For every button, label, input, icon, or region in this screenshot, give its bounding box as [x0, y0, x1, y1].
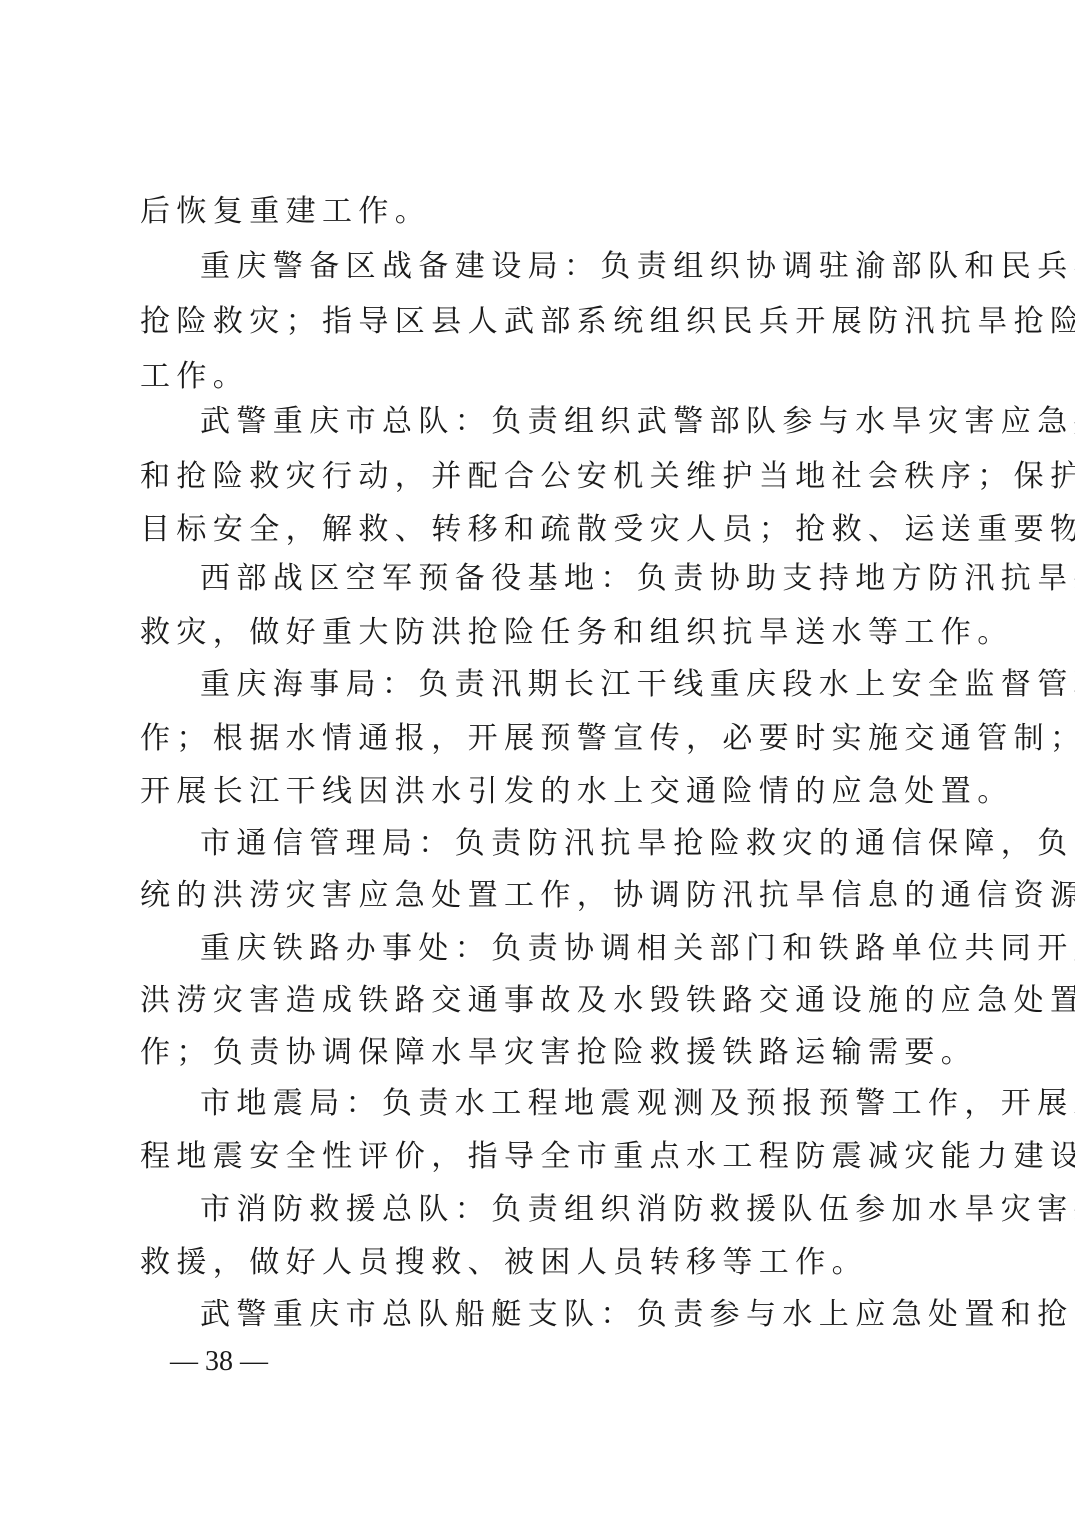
text-line: 和抢险救灾行动，并配合公安机关维护当地社会秩序；保护重要: [140, 450, 940, 504]
text-line: 程地震安全性评价，指导全市重点水工程防震减灾能力建设。: [140, 1130, 940, 1184]
paragraph-start-line: 西部战区空军预备役基地：负责协助支持地方防汛抗旱抢险: [200, 552, 940, 606]
paragraph-start-line: 市通信管理局：负责防汛抗旱抢险救灾的通信保障，负责本系: [200, 817, 940, 871]
text-line: 后恢复重建工作。: [140, 185, 940, 239]
text-line: 作；负责协调保障水旱灾害抢险救援铁路运输需要。: [140, 1026, 940, 1080]
text-line: 统的洪涝灾害应急处置工作，协调防汛抗旱信息的通信资源调度。: [140, 869, 940, 923]
paragraph-start-line: 重庆铁路办事处：负责协调相关部门和铁路单位共同开展因: [200, 922, 940, 976]
page-number: — 38 —: [170, 1342, 268, 1382]
paragraph-start-line: 重庆警备区战备建设局：负责组织协调驻渝部队和民兵参加: [200, 240, 940, 294]
text-line: 抢险救灾；指导区县人武部系统组织民兵开展防汛抗旱抢险救援: [140, 295, 940, 349]
text-line: 开展长江干线因洪水引发的水上交通险情的应急处置。: [140, 765, 940, 819]
paragraph-start-line: 市消防救援总队：负责组织消防救援队伍参加水旱灾害抢险: [200, 1183, 940, 1237]
document-page: 后恢复重建工作。 重庆警备区战备建设局：负责组织协调驻渝部队和民兵参加 抢险救灾…: [0, 0, 1075, 1521]
paragraph-start-line: 武警重庆市总队：负责组织武警部队参与水旱灾害应急处置: [200, 395, 940, 449]
text-line: 目标安全，解救、转移和疏散受灾人员；抢救、运送重要物资。: [140, 503, 940, 557]
text-line: 救援，做好人员搜救、被困人员转移等工作。: [140, 1236, 940, 1290]
paragraph-start-line: 武警重庆市总队船艇支队：负责参与水上应急处置和抢险救: [200, 1288, 940, 1342]
text-line: 作；根据水情通报，开展预警宣传，必要时实施交通管制；组织: [140, 712, 940, 766]
paragraph-start-line: 重庆海事局：负责汛期长江干线重庆段水上安全监督管理工: [200, 658, 940, 712]
text-line: 救灾，做好重大防洪抢险任务和组织抗旱送水等工作。: [140, 606, 940, 660]
paragraph-start-line: 市地震局：负责水工程地震观测及预报预警工作，开展水工: [200, 1077, 940, 1131]
text-line: 洪涝灾害造成铁路交通事故及水毁铁路交通设施的应急处置工: [140, 974, 940, 1028]
